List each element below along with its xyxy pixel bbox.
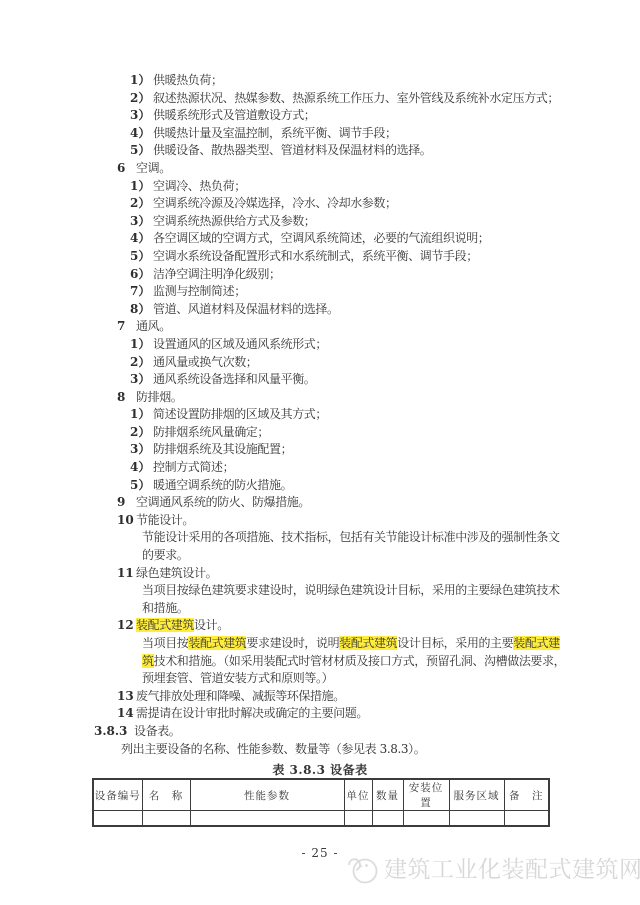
table-cell: [403, 811, 449, 826]
line-text: 的要求。: [142, 547, 640, 565]
line-number: 4）: [130, 125, 150, 143]
line-text: 节能设计采用的各项措施、技术指标，包括有关节能设计标准中涉及的强制性条文: [142, 529, 640, 547]
doc-line: 5）供暖设备、散热器类型、管道材料及保温材料的选择。: [0, 142, 640, 160]
text-segment: 防排烟系统风量确定；: [153, 425, 269, 439]
line-number: 9: [117, 494, 125, 512]
line-number: 5）: [130, 142, 150, 160]
doc-line: 4）控制方式简述；: [0, 459, 640, 477]
table-header-cell: 设备编号: [93, 779, 142, 811]
doc-line: 当项目按装配式建筑要求建设时，说明装配式建筑设计目标，采用的主要装配式建: [0, 635, 640, 653]
table-cell: [190, 811, 344, 826]
line-text: 简述设置防排烟的区域及其方式；: [153, 406, 640, 424]
line-text: 通风。: [136, 318, 640, 336]
text-segment: 预埋套管、管道安装方式和原则等。）: [142, 671, 333, 685]
text-segment: 设备表。: [134, 724, 180, 738]
text-segment: 供暖热负荷；: [153, 73, 223, 87]
doc-line: 14需提请在设计审批时解决或确定的主要问题。: [0, 705, 640, 723]
table-title: 表 3.8.3 设备表: [0, 761, 640, 778]
doc-line: 1）空调冷、热负荷；: [0, 178, 640, 196]
doc-line: 和措施。: [0, 600, 640, 618]
text-segment: 防排烟。: [136, 390, 182, 404]
text-segment: 设计目标，采用的主要: [397, 636, 513, 650]
table-cell: [93, 811, 142, 826]
text-segment: 供暖系统形式及管道敷设方式；: [153, 108, 315, 122]
table-header-cell: 服务区域: [449, 779, 504, 811]
line-text: 当项目按绿色建筑要求建设时，说明绿色建筑设计目标，采用的主要绿色建筑技术: [142, 582, 640, 600]
doc-line: 2）防排烟系统风量确定；: [0, 424, 640, 442]
line-text: 供暖设备、散热器类型、管道材料及保温材料的选择。: [153, 142, 640, 160]
doc-line: 2）叙述热源状况、热媒参数、热源系统工作压力、室外管线及系统补水定压方式；: [0, 90, 640, 108]
doc-line: 11绿色建筑设计。: [0, 565, 640, 583]
text-segment: 空调系统冷源及冷媒选择，冷水、冷却水参数；: [153, 196, 397, 210]
text-segment: 技术和措施。（如采用装配式时管材材质及接口方式，预留孔洞、沟槽做法要求，: [154, 654, 566, 668]
text-segment: 空调。: [136, 161, 171, 175]
doc-line: 6空调。: [0, 160, 640, 178]
line-text: 通风量或换气次数；: [153, 354, 640, 372]
text-segment: 空调系统热源供给方式及参数；: [153, 214, 315, 228]
text-segment: 当项目按绿色建筑要求建设时，说明绿色建筑设计目标，采用的主要绿色建筑技术: [142, 583, 560, 597]
text-segment: 通风量或换气次数；: [153, 355, 257, 369]
doc-line: 1）简述设置防排烟的区域及其方式；: [0, 406, 640, 424]
doc-line: 4）各空调区域的空调方式，空调风系统简述，必要的气流组织说明；: [0, 230, 640, 248]
line-text: 暖通空调系统的防火措施。: [153, 477, 640, 495]
text-segment: 节能设计采用的各项措施、技术指标，包括有关节能设计标准中涉及的强制性条文: [142, 530, 560, 544]
doc-line: 1）供暖热负荷；: [0, 72, 640, 90]
doc-line: 8）管道、风道材料及保温材料的选择。: [0, 301, 640, 319]
line-number: 12: [117, 617, 134, 635]
line-text: 列出主要设备的名称、性能参数、数量等（参见表 3.8.3）。: [121, 741, 640, 759]
document-page: 1）供暖热负荷；2）叙述热源状况、热媒参数、热源系统工作压力、室外管线及系统补水…: [0, 0, 640, 905]
watermark: 建筑工业化装配式建筑网: [343, 849, 640, 891]
table-cell: [372, 811, 403, 826]
watermark-panda-logo-icon: [343, 849, 381, 891]
text-segment: 绿色建筑设计。: [136, 566, 217, 580]
table-cell: [504, 811, 549, 826]
text-segment: 暖通空调系统的防火措施。: [153, 478, 292, 492]
doc-line: 的要求。: [0, 547, 640, 565]
table-cell: [449, 811, 504, 826]
line-text: 空调系统冷源及冷媒选择，冷水、冷却水参数；: [153, 195, 640, 213]
line-text: 控制方式简述；: [153, 459, 640, 477]
line-text: 和措施。: [142, 600, 640, 618]
line-number: 6）: [130, 266, 150, 284]
text-segment: 供暖设备、散热器类型、管道材料及保温材料的选择。: [153, 143, 431, 157]
line-text: 设置通风的区域及通风系统形式；: [153, 336, 640, 354]
text-segment: 和措施。: [142, 601, 188, 615]
text-segment: 简述设置防排烟的区域及其方式；: [153, 407, 327, 421]
line-number: 3）: [130, 371, 150, 389]
doc-line: 3）空调系统热源供给方式及参数；: [0, 213, 640, 231]
text-segment: 当项目按: [142, 636, 188, 650]
text-segment: 要求建设时，说明: [246, 636, 339, 650]
line-text: 空调系统热源供给方式及参数；: [153, 213, 640, 231]
doc-line: 7）监测与控制简述；: [0, 283, 640, 301]
line-number: 3）: [130, 441, 150, 459]
line-number: 2）: [130, 195, 150, 213]
doc-line: 节能设计采用的各项措施、技术指标，包括有关节能设计标准中涉及的强制性条文: [0, 529, 640, 547]
line-text: 当项目按装配式建筑要求建设时，说明装配式建筑设计目标，采用的主要装配式建: [142, 635, 640, 653]
text-segment: 防排烟系统及其设施配置；: [153, 442, 292, 456]
line-text: 供暖热计量及室温控制，系统平衡、调节手段；: [153, 125, 640, 143]
line-text: 供暖系统形式及管道敷设方式；: [153, 107, 640, 125]
doc-line: 10节能设计。: [0, 512, 640, 530]
line-text: 通风系统设备选择和风量平衡。: [153, 371, 640, 389]
line-text: 预埋套管、管道安装方式和原则等。）: [142, 670, 640, 688]
table-cell: [142, 811, 190, 826]
document-body: 1）供暖热负荷；2）叙述热源状况、热媒参数、热源系统工作压力、室外管线及系统补水…: [0, 72, 640, 758]
line-text: 空调冷、热负荷；: [153, 178, 640, 196]
text-segment: 供暖热计量及室温控制，系统平衡、调节手段；: [153, 126, 397, 140]
table-cell: [344, 811, 372, 826]
text-segment: 空调通风系统的防火、防爆措施。: [136, 495, 310, 509]
text-segment: 设计。: [194, 618, 229, 632]
table-header-cell: 名 称: [142, 779, 190, 811]
text-segment: 需提请在设计审批时解决或确定的主要问题。: [136, 706, 368, 720]
line-number: 13: [117, 688, 134, 706]
line-number: 4）: [130, 230, 150, 248]
line-number: 5）: [130, 477, 150, 495]
line-text: 洁净空调注明净化级别；: [153, 266, 640, 284]
doc-line: 7通风。: [0, 318, 640, 336]
text-segment: 控制方式简述；: [153, 460, 234, 474]
doc-line: 12装配式建筑设计。: [0, 617, 640, 635]
text-segment: 监测与控制简述；: [153, 284, 246, 298]
highlighted-text: 筑: [142, 654, 154, 668]
line-number: 2）: [130, 424, 150, 442]
line-number: 3.8.3: [94, 723, 127, 741]
line-number: 8: [117, 389, 125, 407]
highlighted-text: 装配式建筑: [136, 618, 194, 632]
doc-line: 3）通风系统设备选择和风量平衡。: [0, 371, 640, 389]
line-number: 11: [117, 565, 134, 583]
highlighted-text: 装配式建: [513, 636, 559, 650]
doc-line: 5）空调水系统设备配置形式和水系统制式，系统平衡、调节手段；: [0, 248, 640, 266]
line-text: 监测与控制简述；: [153, 283, 640, 301]
line-text: 防排烟系统风量确定；: [153, 424, 640, 442]
highlighted-text: 装配式建筑: [339, 636, 397, 650]
doc-line: 3）供暖系统形式及管道敷设方式；: [0, 107, 640, 125]
doc-line: 6）洁净空调注明净化级别；: [0, 266, 640, 284]
text-segment: 空调冷、热负荷；: [153, 179, 246, 193]
line-number: 3）: [130, 213, 150, 231]
doc-line: 当项目按绿色建筑要求建设时，说明绿色建筑设计目标，采用的主要绿色建筑技术: [0, 582, 640, 600]
text-segment: 节能设计。: [136, 513, 194, 527]
doc-line: 列出主要设备的名称、性能参数、数量等（参见表 3.8.3）。: [0, 741, 640, 759]
line-number: 10: [117, 512, 134, 530]
text-segment: 叙述热源状况、热媒参数、热源系统工作压力、室外管线及系统补水定压方式；: [153, 91, 559, 105]
line-text: 筑技术和措施。（如采用装配式时管材材质及接口方式，预留孔洞、沟槽做法要求，: [142, 653, 640, 671]
doc-line: 3）防排烟系统及其设施配置；: [0, 441, 640, 459]
doc-line: 5）暖通空调系统的防火措施。: [0, 477, 640, 495]
doc-line: 筑技术和措施。（如采用装配式时管材材质及接口方式，预留孔洞、沟槽做法要求，: [0, 653, 640, 671]
line-number: 1）: [130, 336, 150, 354]
text-segment: 各空调区域的空调方式，空调风系统简述，必要的气流组织说明；: [153, 231, 489, 245]
line-text: 需提请在设计审批时解决或确定的主要问题。: [136, 705, 640, 723]
text-segment: 空调水系统设备配置形式和水系统制式，系统平衡、调节手段；: [153, 249, 478, 263]
line-text: 废气排放处理和降噪、减振等环保措施。: [136, 688, 640, 706]
table-header-cell: 单位: [344, 779, 372, 811]
table-header-cell: 备 注: [504, 779, 549, 811]
line-text: 空调通风系统的防火、防爆措施。: [136, 494, 640, 512]
doc-line: 8防排烟。: [0, 389, 640, 407]
line-number: 3）: [130, 107, 150, 125]
device-table: 设备编号名 称性能参数单位数量安装位置服务区域备 注: [92, 778, 550, 827]
table-header-row: 设备编号名 称性能参数单位数量安装位置服务区域备 注: [93, 779, 549, 811]
doc-line: 4）供暖热计量及室温控制，系统平衡、调节手段；: [0, 125, 640, 143]
line-text: 节能设计。: [136, 512, 640, 530]
line-number: 8）: [130, 301, 150, 319]
line-text: 各空调区域的空调方式，空调风系统简述，必要的气流组织说明；: [153, 230, 640, 248]
doc-line: 9空调通风系统的防火、防爆措施。: [0, 494, 640, 512]
doc-line: 2）通风量或换气次数；: [0, 354, 640, 372]
line-text: 空调。: [136, 160, 640, 178]
table-header-cell: 安装位置: [403, 779, 449, 811]
line-number: 2）: [130, 354, 150, 372]
watermark-text: 建筑工业化装配式建筑网: [384, 851, 640, 889]
table-header-cell: 性能参数: [190, 779, 344, 811]
line-text: 设备表。: [134, 723, 640, 741]
line-text: 防排烟系统及其设施配置；: [153, 441, 640, 459]
line-number: 1）: [130, 406, 150, 424]
table-header-cell: 数量: [372, 779, 403, 811]
text-segment: 列出主要设备的名称、性能参数、数量等（参见表 3.8.3）。: [121, 742, 425, 756]
doc-line: 1）设置通风的区域及通风系统形式；: [0, 336, 640, 354]
line-text: 叙述热源状况、热媒参数、热源系统工作压力、室外管线及系统补水定压方式；: [153, 90, 640, 108]
highlighted-text: 装配式建筑: [188, 636, 246, 650]
text-segment: 管道、风道材料及保温材料的选择。: [153, 302, 339, 316]
line-number: 6: [117, 160, 125, 178]
text-segment: 废气排放处理和降噪、减振等环保措施。: [136, 689, 345, 703]
line-text: 防排烟。: [136, 389, 640, 407]
text-segment: 通风系统设备选择和风量平衡。: [153, 372, 315, 386]
line-number: 7: [117, 318, 125, 336]
line-text: 管道、风道材料及保温材料的选择。: [153, 301, 640, 319]
doc-line: 13废气排放处理和降噪、减振等环保措施。: [0, 688, 640, 706]
doc-line: 2）空调系统冷源及冷媒选择，冷水、冷却水参数；: [0, 195, 640, 213]
table-row: [93, 811, 549, 826]
text-segment: 通风。: [136, 319, 171, 333]
line-number: 14: [117, 705, 134, 723]
line-number: 4）: [130, 459, 150, 477]
line-text: 绿色建筑设计。: [136, 565, 640, 583]
line-text: 装配式建筑设计。: [136, 617, 640, 635]
line-number: 7）: [130, 283, 150, 301]
text-segment: 的要求。: [142, 548, 188, 562]
text-segment: 洁净空调注明净化级别；: [153, 267, 281, 281]
line-number: 1）: [130, 178, 150, 196]
text-segment: 设置通风的区域及通风系统形式；: [153, 337, 327, 351]
line-number: 2）: [130, 90, 150, 108]
line-number: 5）: [130, 248, 150, 266]
line-text: 供暖热负荷；: [153, 72, 640, 90]
line-text: 空调水系统设备配置形式和水系统制式，系统平衡、调节手段；: [153, 248, 640, 266]
line-number: 1）: [130, 72, 150, 90]
doc-line: 预埋套管、管道安装方式和原则等。）: [0, 670, 640, 688]
doc-line: 3.8.3设备表。: [0, 723, 640, 741]
